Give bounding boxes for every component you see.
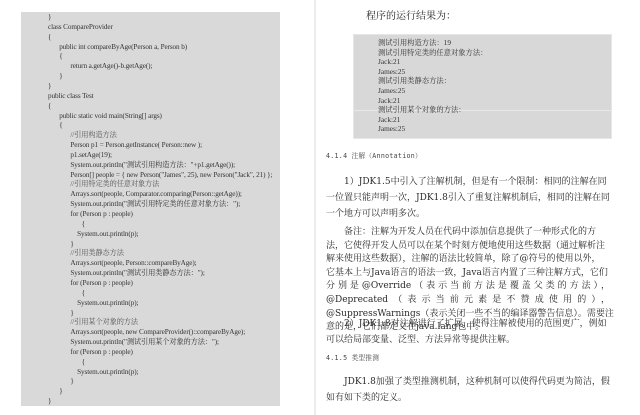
paragraph-annotation-2: 2）JDK1.8对注解进行了扩展，使得注解被使用的范围更广，例如 可以给局部变量… <box>326 316 610 348</box>
code-line: System.out.println("测试引用构造方法："+p1.getAge… <box>70 160 235 170</box>
code-line: for (Person p : people) <box>70 347 132 357</box>
text-line: 可以给局部变量、泛型、方法异常等提供注解。 <box>326 332 610 348</box>
output-line: 测试引用特定类的任意对象方法： <box>378 48 487 58</box>
code-line: public class Test <box>48 91 94 101</box>
text-line: 一个地方可以声明多次。 <box>326 206 610 222</box>
code-line: System.out.println("测试引用某个对象的方法："); <box>70 337 219 347</box>
code-line: System.out.println(p); <box>77 298 138 308</box>
code-line: } <box>48 396 51 406</box>
code-line: public int compareByAge(Person a, Person… <box>59 42 187 52</box>
section-heading-annotation: 4.1.4 注解（Annotation） <box>326 151 422 161</box>
code-line: { <box>59 120 62 130</box>
right-page: 程序的运行结果为： 测试引用构造方法：19测试引用特定类的任意对象方法：Jack… <box>316 0 640 415</box>
code-line: } <box>59 386 62 396</box>
code-line: { <box>82 357 85 367</box>
code-line: } <box>70 376 73 386</box>
code-line: { <box>48 32 51 42</box>
code-line: public static void main(String[] args) <box>59 111 162 121</box>
code-line: class CompareProvider <box>48 22 113 32</box>
code-line: Person p1 = Person.getInstance( Person::… <box>70 140 202 150</box>
output-line: 测试引用类静态方法： <box>378 76 451 86</box>
code-line: { <box>48 101 51 111</box>
code-block: }class CompareProvider{public int compar… <box>21 12 280 406</box>
code-line: { <box>82 288 85 298</box>
text-line: JDK1.8加强了类型推测机制，这种机制可以使得代码更为简洁，假 <box>326 374 610 390</box>
code-line: System.out.println(p); <box>77 367 138 377</box>
code-comment-line: //引用构造方法 <box>70 130 116 140</box>
code-comment-line: //引用类静态方法 <box>70 248 123 258</box>
output-line: Jack:21 <box>378 115 400 125</box>
code-line: } <box>70 239 73 249</box>
output-line: 测试引用某个对象的方法： <box>378 105 466 115</box>
text-line: 它基本上与Java语言的语法一致，Java语言内置了三种注解方式，它们 <box>326 267 610 281</box>
output-line: James:25 <box>378 67 405 77</box>
text-line: 分别是@Override（表示当前方法是覆盖父类的方法）， <box>326 280 610 294</box>
section-heading-type-inference: 4.1.5 类型推测 <box>326 353 379 363</box>
program-output-block: 测试引用构造方法：19测试引用特定类的任意对象方法：Jack:21James:2… <box>353 34 612 139</box>
code-line: } <box>59 71 62 81</box>
code-line: System.out.println("测试引用特定类的任意对象方法："); <box>70 199 240 209</box>
code-line: p1.setAge(19); <box>70 150 112 160</box>
code-comment-line: //引用特定类的任意对象方法 <box>70 179 159 189</box>
paragraph-annotation-1: 1）JDK1.5中引入了注解机制，但是有一个限制：相同的注解在同 一位置只能声明… <box>326 174 610 222</box>
code-line: Arrays.sort(people, Person::compareByAge… <box>70 258 196 268</box>
code-line: for (Person p : people) <box>70 278 132 288</box>
output-line: James:25 <box>378 86 405 96</box>
code-line: for (Person p : people) <box>70 209 132 219</box>
output-intro: 程序的运行结果为： <box>366 10 456 24</box>
code-line: } <box>48 12 51 22</box>
output-line: Jack:21 <box>378 96 400 106</box>
text-line: @Deprecated（表示当前元素是不赞成使用的）， <box>326 294 610 308</box>
left-page: }class CompareProvider{public int compar… <box>0 0 314 415</box>
code-line: { <box>59 51 62 61</box>
text-line: 一位置只能声明一次，JDK1.8引入了重复注解机制后，相同的注解在同 <box>326 190 610 206</box>
code-line: { <box>82 219 85 229</box>
code-line: } <box>70 308 73 318</box>
code-line: System.out.println(p); <box>77 229 138 239</box>
text-line: 如有如下类的定义。 <box>326 390 610 406</box>
code-line: Arrays.sort(people, new CompareProvider(… <box>70 327 245 337</box>
output-line: Jack:21 <box>378 57 400 67</box>
code-comment-line: //引用某个对象的方法 <box>70 317 138 327</box>
text-line: 法，它使得开发人员可以在某个时刻方便地使用这些数据（通过解析注 <box>326 240 610 254</box>
text-line: 1）JDK1.5中引入了注解机制，但是有一个限制：相同的注解在同 <box>326 174 610 190</box>
output-line: James:25 <box>378 124 405 134</box>
code-line: Arrays.sort(people, Comparator.comparing… <box>70 189 241 199</box>
code-line: System.out.println("测试引用类静态方法："); <box>70 268 204 278</box>
paragraph-type-inference: JDK1.8加强了类型推测机制，这种机制可以使得代码更为简洁，假 如有如下类的定… <box>326 374 610 406</box>
code-line: } <box>48 81 51 91</box>
text-line: 2）JDK1.8对注解进行了扩展，使得注解被使用的范围更广，例如 <box>326 316 610 332</box>
text-line: 备注：注解为开发人员在代码中添加信息提供了一种形式化的方 <box>326 226 610 240</box>
text-line: 解来使用这些数据），注解的语法比较简单，除了@符号的使用以外， <box>326 253 610 267</box>
code-line: Person[] people = { new Person("James", … <box>70 170 272 180</box>
output-line: 测试引用构造方法：19 <box>378 38 451 48</box>
code-line: return a.getAge()-b.getAge(); <box>70 61 152 71</box>
